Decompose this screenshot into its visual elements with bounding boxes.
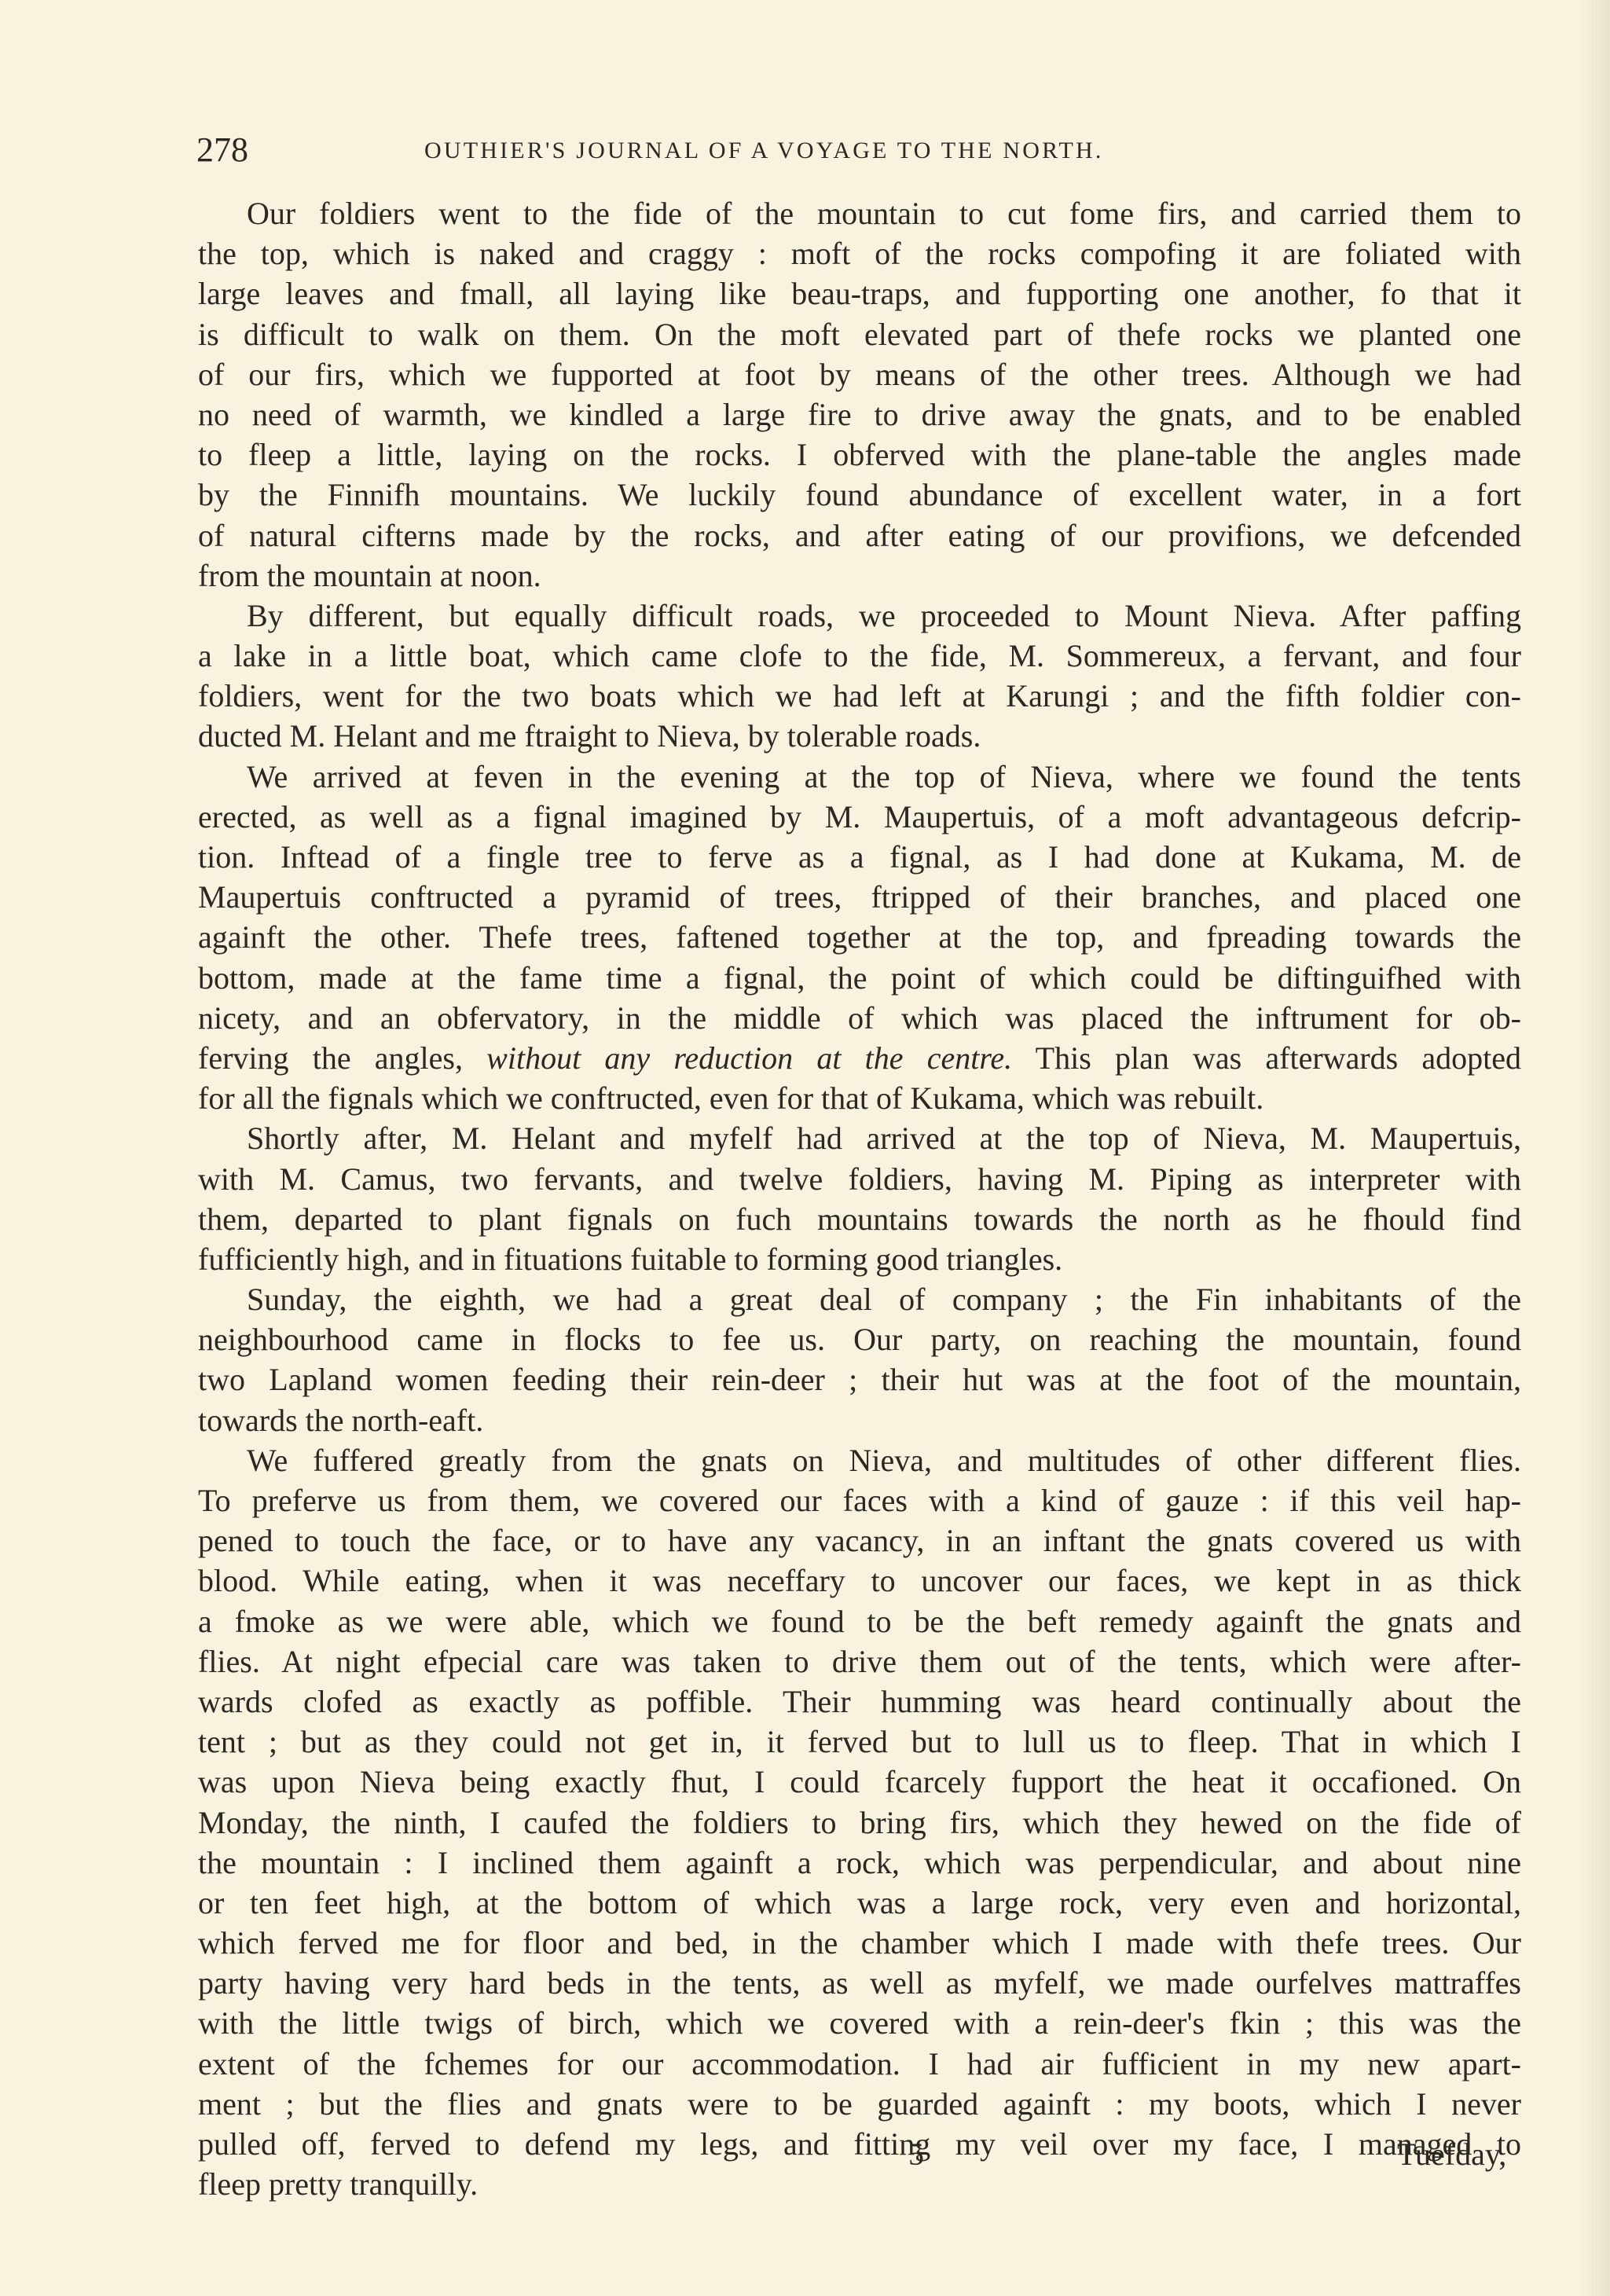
text-line: fufficiently high, and in fituations fui… xyxy=(198,1239,1521,1279)
text-line: extent of the fchemes for our accommodat… xyxy=(198,2044,1521,2084)
body-text: Our foldiers went to the fide of the mou… xyxy=(198,193,1521,2204)
text-line: pened to touch the face, or to have any … xyxy=(198,1520,1521,1561)
text-line: a lake in a little boat, which came clof… xyxy=(198,636,1521,676)
text-line: them, departed to plant fignals on fuch … xyxy=(198,1199,1521,1239)
signature-mark: 5 xyxy=(908,2133,924,2177)
text-line: from the mountain at noon. xyxy=(198,556,1521,596)
text-line: ment ; but the flies and gnats were to b… xyxy=(198,2084,1521,2124)
text-line: the mountain : I inclined them againft a… xyxy=(198,1843,1521,1883)
text-line: the top, which is naked and craggy : mof… xyxy=(198,233,1521,273)
text-run: This plan was afterwards adopted xyxy=(1012,1040,1521,1076)
text-line: ducted M. Helant and me ftraight to Niev… xyxy=(198,716,1521,756)
text-line: erected, as well as a fignal imagined by… xyxy=(198,797,1521,837)
text-line: of our firs, which we fupported at foot … xyxy=(198,354,1521,394)
paragraph: Sunday, the eighth, we had a great deal … xyxy=(198,1279,1521,1440)
text-line: againft the other. Thefe trees, faftened… xyxy=(198,917,1521,957)
text-line: large leaves and fmall, all laying like … xyxy=(198,273,1521,314)
paragraph: We arrived at feven in the evening at th… xyxy=(198,757,1521,1119)
paragraph: Shortly after, M. Helant and myfelf had … xyxy=(198,1118,1521,1279)
text-line: towards the north-eaft. xyxy=(198,1400,1521,1440)
text-line: We fuffered greatly from the gnats on Ni… xyxy=(198,1440,1521,1480)
paragraph: By different, but equally difficult road… xyxy=(198,596,1521,757)
text-line: bottom, made at the fame time a fignal, … xyxy=(198,958,1521,998)
paragraph: Our foldiers went to the fide of the mou… xyxy=(198,193,1521,596)
text-line: To preferve us from them, we covered our… xyxy=(198,1480,1521,1520)
page-edge-shadow xyxy=(1579,0,1610,2296)
text-line: was upon Nieva being exactly fhut, I cou… xyxy=(198,1762,1521,1802)
text-line: is difficult to walk on them. On the mof… xyxy=(198,314,1521,354)
text-line: nicety, and an obfervatory, in the middl… xyxy=(198,998,1521,1038)
text-run: ferving the angles, xyxy=(198,1040,486,1076)
text-line: for all the fignals which we conftructed… xyxy=(198,1078,1521,1118)
text-line: flies. At night efpecial care was taken … xyxy=(198,1641,1521,1682)
page-footer: 5 Tuefday, xyxy=(0,2133,1610,2180)
text-line: Sunday, the eighth, we had a great deal … xyxy=(198,1279,1521,1319)
text-line: Shortly after, M. Helant and myfelf had … xyxy=(198,1118,1521,1158)
text-line: ferving the angles, without any reductio… xyxy=(198,1038,1521,1078)
text-line: We arrived at feven in the evening at th… xyxy=(198,757,1521,797)
text-line: tent ; but as they could not get in, it … xyxy=(198,1722,1521,1762)
text-line: which ferved me for floor and bed, in th… xyxy=(198,1923,1521,1963)
text-line: tion. Inftead of a fingle tree to ferve … xyxy=(198,837,1521,877)
text-line: two Lapland women feeding their rein-dee… xyxy=(198,1359,1521,1399)
text-line: By different, but equally difficult road… xyxy=(198,596,1521,636)
page-number: 278 xyxy=(196,130,248,170)
text-line: with the little twigs of birch, which we… xyxy=(198,2003,1521,2043)
paragraph: We fuffered greatly from the gnats on Ni… xyxy=(198,1440,1521,2205)
text-line: by the Finnifh mountains. We luckily fou… xyxy=(198,475,1521,515)
running-title: Outhier's Journal of a Voyage to the Nor… xyxy=(424,134,1104,168)
text-line: foldiers, went for the two boats which w… xyxy=(198,676,1521,716)
text-line: neighbourhood came in flocks to fee us. … xyxy=(198,1319,1521,1359)
italic-phrase: without any reduction at the centre. xyxy=(486,1040,1012,1076)
text-line: of natural cifterns made by the rocks, a… xyxy=(198,515,1521,556)
text-line: or ten feet high, at the bottom of which… xyxy=(198,1883,1521,1923)
text-line: with M. Camus, two fervants, and twelve … xyxy=(198,1159,1521,1199)
text-line: Monday, the ninth, I caufed the foldiers… xyxy=(198,1803,1521,1843)
catchword: Tuefday, xyxy=(1397,2133,1506,2177)
text-line: Our foldiers went to the fide of the mou… xyxy=(198,193,1521,233)
text-line: wards clofed as exactly as poffible. The… xyxy=(198,1682,1521,1722)
text-line: a fmoke as we were able, which we found … xyxy=(198,1601,1521,1641)
text-line: no need of warmth, we kindled a large fi… xyxy=(198,394,1521,435)
text-line: party having very hard beds in the tents… xyxy=(198,1963,1521,2003)
text-line: to fleep a little, laying on the rocks. … xyxy=(198,435,1521,475)
running-head: 278 Outhier's Journal of a Voyage to the… xyxy=(196,130,1524,170)
text-line: blood. While eating, when it was neceffa… xyxy=(198,1561,1521,1601)
text-line: Maupertuis conftructed a pyramid of tree… xyxy=(198,877,1521,917)
